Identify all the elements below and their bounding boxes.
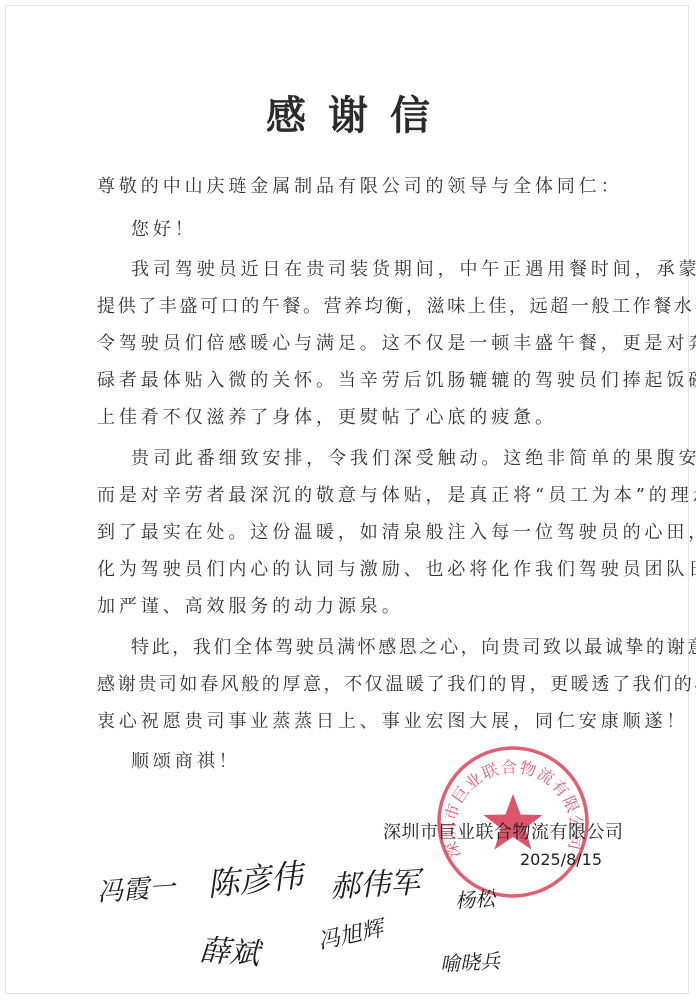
paragraph-3-line-1: 特此，我们全体驾驶员满怀感恩之心，向贵司致以最诚挚的谢意！	[131, 637, 696, 659]
paragraph-1-line-2: 提供了丰盛可口的午餐。营养均衡，滋味上佳，远超一般工作餐水准，	[97, 296, 696, 318]
letter-date: 2025/8/15	[520, 850, 602, 869]
paragraph-1-line-3: 令驾驶员们倍感暖心与满足。这不仅是一顿丰盛午餐，更是对奔波劳	[97, 333, 696, 355]
paragraph-1-line-1: 我司驾驶员近日在贵司装货期间，中午正遇用餐时间，承蒙贵司	[131, 259, 696, 281]
salutation: 尊敬的中山庆琏金属制品有限公司的领导与全体同仁：	[97, 176, 623, 198]
paragraph-2-line-4: 化为驾驶员们内心的认同与激励、也必将化作我们驾驶员团队日后更	[97, 559, 696, 581]
paragraph-2-line-1: 贵司此番细致安排，令我们深受触动。这绝非简单的果腹安排，	[131, 448, 696, 470]
greeting: 您好！	[131, 219, 197, 241]
signature-4: 杨松	[454, 882, 496, 914]
paragraph-2-line-2: 而是对辛劳者最深沉的敬意与体贴，是真正将“员工为本”的理念落	[97, 485, 696, 507]
paragraph-3-line-2: 感谢贵司如春风般的厚意，不仅温暖了我们的胃，更暖透了我们的心。	[97, 674, 696, 696]
paragraph-1-line-5: 上佳肴不仅滋养了身体，更熨帖了心底的疲惫。	[97, 407, 557, 429]
signature-3: 郝伟军	[329, 857, 421, 906]
signature-5: 薛斌	[198, 925, 261, 973]
closing: 顺颂商祺！	[131, 751, 241, 773]
paragraph-1-line-4: 碌者最体贴入微的关怀。当辛劳后饥肠辘辘的驾驶员们捧起饭碗，桌	[97, 370, 696, 392]
paragraph-2-line-5: 加严谨、高效服务的动力源泉。	[97, 596, 404, 618]
paragraph-2-line-3: 到了最实在处。这份温暖，如清泉般注入每一位驾驶员的心田，已转	[97, 522, 696, 544]
paragraph-3-line-3: 衷心祝愿贵司事业蒸蒸日上、事业宏图大展，同仁安康顺遂！	[97, 711, 688, 733]
letter-title: 感谢信	[0, 84, 696, 141]
sender-company: 深圳市巨业联合物流有限公司	[383, 818, 624, 844]
signature-1: 冯霞一	[96, 867, 176, 909]
signature-7: 喻晓兵	[439, 945, 500, 977]
